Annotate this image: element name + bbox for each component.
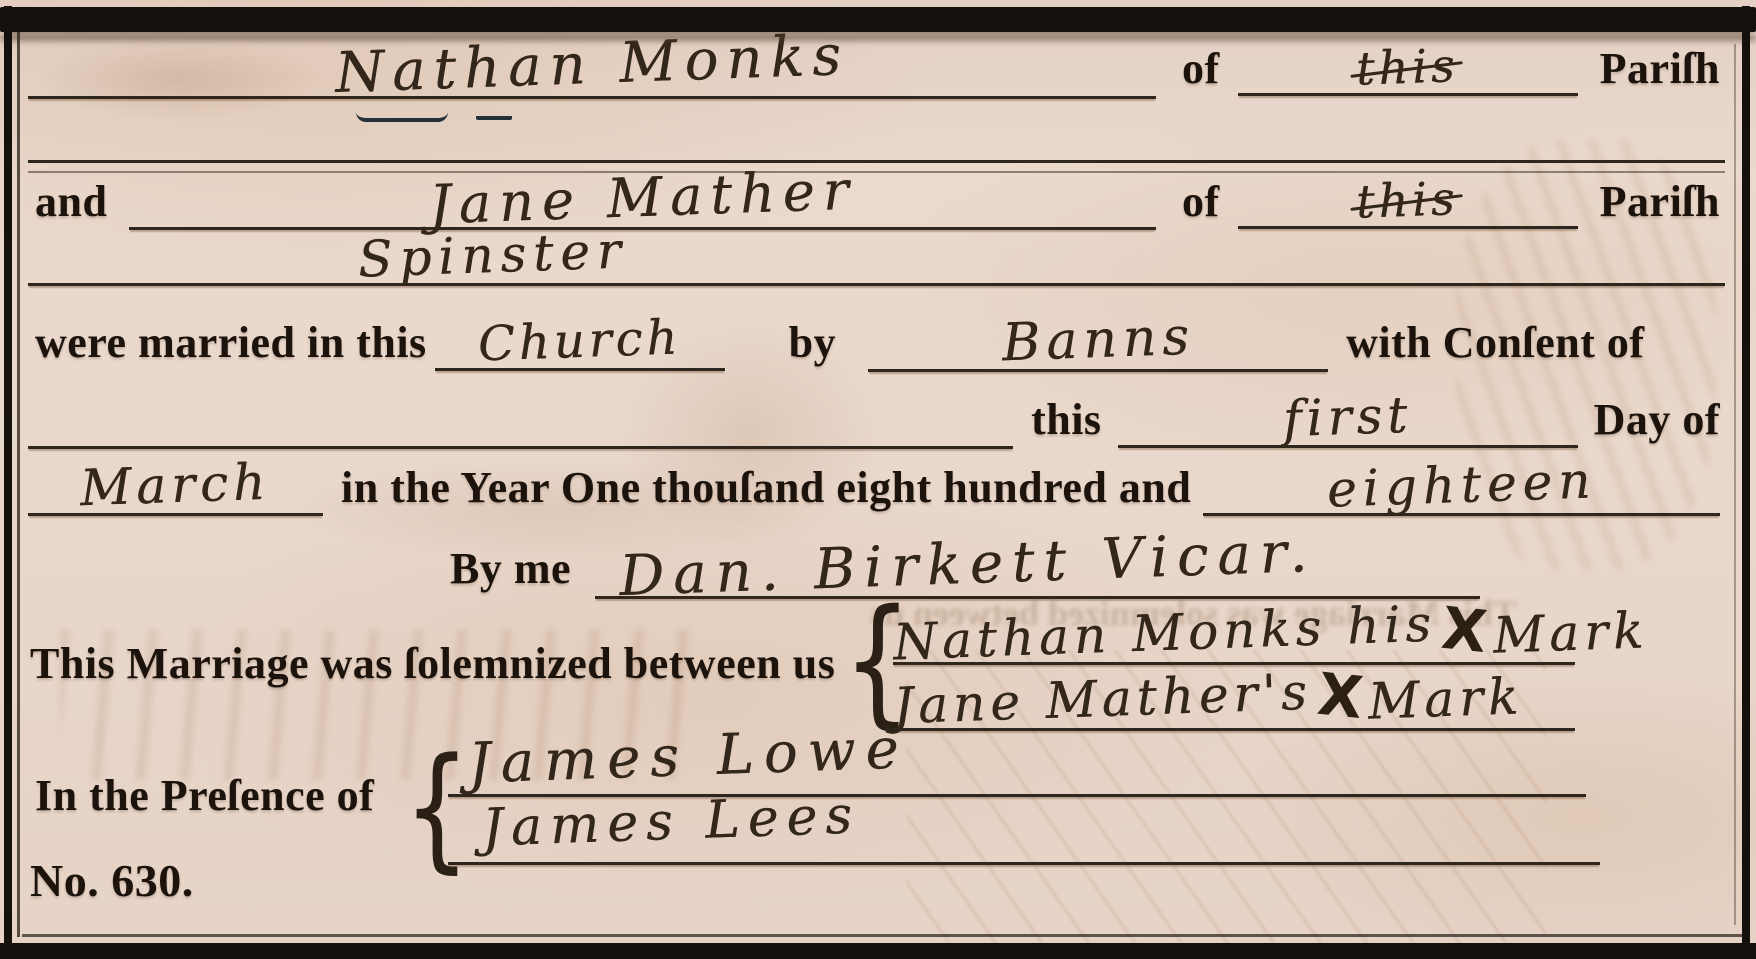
- and-label: and: [35, 178, 107, 226]
- bride-name-signature: Jane Mather: [428, 161, 857, 235]
- groom-mark-line: Nathan Monks his X Mark: [893, 596, 1575, 665]
- officiant-signature: Dan. Birkett Vicar.: [618, 522, 1317, 608]
- married-row: were married in this Church by Banns wit…: [35, 312, 1725, 372]
- parish-label: Pariſh: [1600, 45, 1720, 93]
- parish-label: Pariſh: [1600, 178, 1720, 226]
- bride-row: and Jane Mather of this Pariſh: [35, 168, 1720, 230]
- bride-name-line: Jane Mather: [129, 168, 1156, 230]
- witness1-signature: James Lowe: [467, 718, 909, 795]
- groom-residence-entry: this: [1356, 40, 1460, 94]
- by-label: by: [789, 319, 836, 367]
- blank-line: [28, 388, 1013, 449]
- consent-label: with Conſent of: [1346, 319, 1644, 367]
- frame-top-rule: [0, 7, 1756, 32]
- witness1-line: James Lowe: [448, 726, 1586, 797]
- bride-residence-entry: this: [1356, 173, 1460, 227]
- place-entry: Church: [477, 311, 682, 371]
- frame-top-echo: [0, 36, 1756, 45]
- marriage-register-scan: This Marriage was solemnized between us …: [0, 0, 1756, 959]
- month-entry: March: [80, 455, 272, 517]
- frame-right-rule: [1742, 6, 1750, 951]
- method-line: Banns: [868, 312, 1328, 372]
- by-me-label: By me: [450, 545, 571, 593]
- bride-mark-signature: Jane Mather's: [892, 665, 1312, 735]
- year-row: March in the Year One thouſand eight hun…: [28, 458, 1720, 516]
- bride-mark-word: Mark: [1368, 669, 1525, 729]
- frame-bottom-inner-rule: [22, 934, 1742, 937]
- groom-mark-word: Mark: [1492, 603, 1649, 663]
- bride-condition-entry: Spinster: [357, 223, 628, 287]
- frame-left-rule: [4, 6, 12, 947]
- groom-mark-signature: Nathan Monks his: [892, 597, 1437, 671]
- presence-label: In the Preſence of: [35, 772, 374, 820]
- pen-check-mark: [356, 104, 448, 122]
- frame-right-inner-rule: [1734, 44, 1736, 925]
- year-entry: eighteen: [1326, 453, 1597, 517]
- witness2-signature: James Lees: [481, 787, 861, 857]
- bride-x-mark: X: [1314, 660, 1366, 732]
- pen-dash-mark: [476, 108, 512, 120]
- day-row: this first Day of: [28, 388, 1720, 449]
- entry-number: No. 630.: [30, 856, 194, 907]
- ruled-separator: [28, 160, 1725, 163]
- of-label: of: [1182, 178, 1220, 226]
- condition-line: Spinster: [28, 228, 1725, 286]
- day-line: first: [1118, 390, 1578, 448]
- day-entry: first: [1282, 388, 1413, 447]
- of-label: of: [1182, 45, 1220, 93]
- year-line: eighteen: [1203, 458, 1720, 516]
- month-line: March: [28, 458, 323, 516]
- method-entry: Banns: [1001, 309, 1196, 373]
- married-in-label: were married in this: [35, 319, 427, 367]
- groom-residence-line: this: [1238, 42, 1578, 96]
- solemnized-label: This Marriage was ſolemnized between us: [30, 640, 835, 688]
- bride-residence-line: this: [1238, 175, 1578, 229]
- frame-bottom-rule: [0, 943, 1756, 959]
- condition-row: Spinster: [28, 228, 1725, 286]
- officiant-line: Dan. Birkett Vicar.: [595, 534, 1480, 599]
- bride-mark-line: Jane Mather's X Mark: [893, 662, 1575, 731]
- groom-x-mark: X: [1439, 594, 1491, 666]
- this-label: this: [1031, 396, 1101, 444]
- frame-left-inner-rule: [17, 32, 20, 937]
- year-prefix-label: in the Year One thouſand eight hundred a…: [341, 464, 1191, 512]
- place-line: Church: [435, 315, 725, 371]
- officiant-row: By me Dan. Birkett Vicar.: [450, 534, 1480, 599]
- witness2-line: James Lees: [448, 794, 1600, 865]
- day-of-label: Day of: [1594, 396, 1720, 444]
